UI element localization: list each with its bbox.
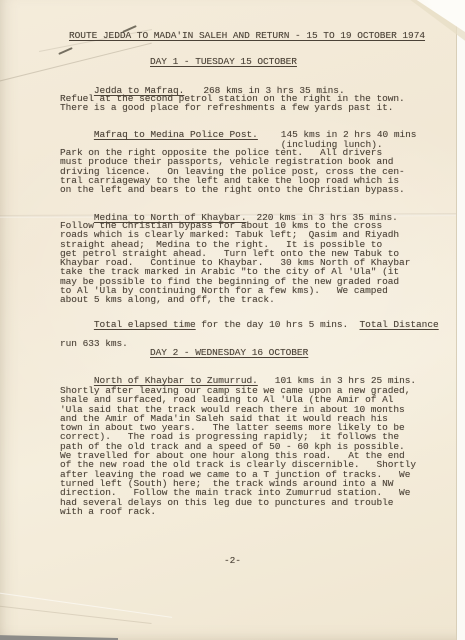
staple-mark xyxy=(58,47,73,55)
day-1-summary: Total elapsed time for the day 10 hrs 5 … xyxy=(60,311,439,367)
paper-sheet: ROUTE JEDDA TO MADA'IN SALEH AND RETURN … xyxy=(0,0,465,640)
summary-mid-text: for the day 10 hrs 5 mins. xyxy=(196,319,360,330)
total-distance-label: Total Distance xyxy=(360,319,439,330)
route-name: Mafraq to Medina Police Post. xyxy=(94,129,258,140)
day-2-header: DAY 2 - WEDNESDAY 16 OCTOBER xyxy=(150,348,308,357)
scanned-document: ROUTE JEDDA TO MADA'IN SALEH AND RETURN … xyxy=(0,0,465,640)
route-notes-mafraq-medina: Park on the right opposite the police te… xyxy=(60,148,405,194)
route-notes-jedda-mafraq: Refuel at the second petrol station on t… xyxy=(60,94,405,113)
route-notes-khaybar-zumurrud: Shortly after leaving our camp site we c… xyxy=(60,386,416,516)
page-number: -2- xyxy=(224,556,241,565)
scanner-background-right xyxy=(456,0,465,640)
fold-crease-bottom-left-2 xyxy=(0,605,152,624)
document-title: ROUTE JEDDA TO MADA'IN SALEH AND RETURN … xyxy=(69,31,425,40)
fold-crease-bottom-left xyxy=(0,591,172,618)
route-notes-medina-khaybar: Follow the Christian bypass for about 10… xyxy=(60,221,410,305)
total-elapsed-time-label: Total elapsed time xyxy=(94,319,196,330)
day-1-header: DAY 1 - TUESDAY 15 OCTOBER xyxy=(150,57,297,66)
